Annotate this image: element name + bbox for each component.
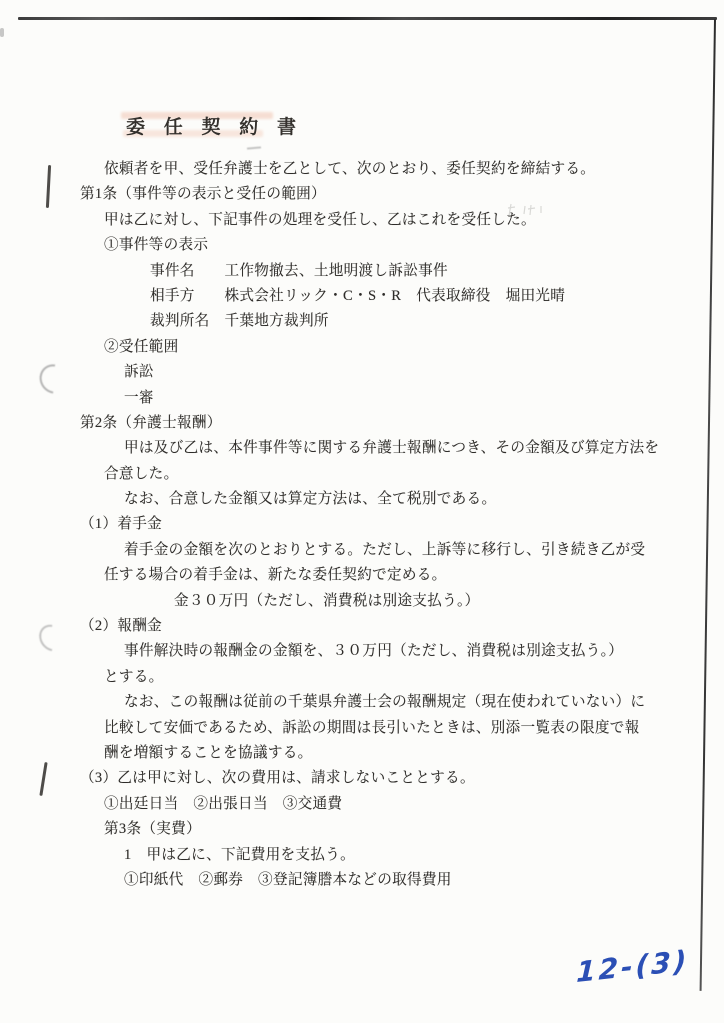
doc-line: なお、合意した金額又は算定方法は、全て税別である。 bbox=[0, 487, 724, 512]
doc-line-article-3: 第3条（実費） bbox=[0, 817, 724, 842]
doc-line: 合意した。 bbox=[0, 462, 724, 487]
scan-corner-mark bbox=[0, 28, 4, 37]
doc-line: 比較して安価であるため、訴訟の期間は長引いたときは、別添一覧表の限度で報 bbox=[0, 716, 724, 741]
doc-line-case-name: 事件名 工作物撤去、土地明渡し訴訟事件 bbox=[0, 259, 724, 284]
doc-line: 酬を増額することを協議する。 bbox=[0, 741, 724, 766]
doc-line: 任する場合の着手金は、新たな委任契約で定める。 bbox=[0, 563, 724, 588]
doc-line: 甲は及び乙は、本件事件等に関する弁護士報酬につき、その金額及び算定方法を bbox=[0, 436, 724, 461]
scanned-document-page: 委 任 契 約 書 依頼者を甲、受任弁護士を乙として、次のとおり、委任契約を締結… bbox=[0, 0, 724, 1023]
doc-line: ①事件等の表示 bbox=[0, 233, 724, 258]
doc-line: 訴訟 bbox=[0, 360, 724, 385]
pencil-dash-mark bbox=[247, 146, 261, 149]
doc-line-item-3: （3）乙は甲に対し、次の費用は、請求しないこととする。 bbox=[0, 766, 724, 791]
doc-line-fee-amount: 金３０万円（ただし、消費税は別途支払う。） bbox=[0, 589, 724, 614]
doc-line-item-2: （2）報酬金 bbox=[0, 614, 724, 639]
doc-line-opponent: 相手方 株式会社リック・C・S・R 代表取締役 堀田光晴 bbox=[0, 284, 724, 309]
doc-line: ①出廷日当 ②出張日当 ③交通費 bbox=[0, 792, 724, 817]
document-body: 依頼者を甲、受任弁護士を乙として、次のとおり、委任契約を締結する。 第1条（事件… bbox=[0, 157, 724, 893]
doc-line: 着手金の金額を次のとおりとする。ただし、上訴等に移行し、引き続き乙が受 bbox=[0, 538, 724, 563]
doc-line: 事件解決時の報酬金の金額を、３０万円（ただし、消費税は別途支払う。） bbox=[0, 639, 724, 664]
doc-line: なお、この報酬は従前の千葉県弁護士会の報酬規定（現在使われていない）に bbox=[0, 690, 724, 715]
doc-line-court: 裁判所名 千葉地方裁判所 bbox=[0, 309, 724, 334]
doc-line: とする。 bbox=[0, 665, 724, 690]
doc-line-item-1: （1）着手金 bbox=[0, 512, 724, 537]
document-title: 委 任 契 約 書 bbox=[126, 112, 303, 139]
doc-line: 甲は乙に対し、下記事件の処理を受任し、乙はこれを受任した。 bbox=[0, 208, 724, 233]
doc-line-article-1: 第1条（事件等の表示と受任の範囲） bbox=[0, 182, 724, 207]
doc-line: 依頼者を甲、受任弁護士を乙として、次のとおり、委任契約を締結する。 bbox=[0, 157, 724, 182]
doc-line-article-2: 第2条（弁護士報酬） bbox=[0, 411, 724, 436]
doc-line: ①印紙代 ②郵券 ③登記簿謄本などの取得費用 bbox=[0, 868, 724, 893]
doc-line: ②受任範囲 bbox=[0, 335, 724, 360]
handwritten-page-number: 12-(3) bbox=[576, 944, 690, 989]
scan-edge-top-line bbox=[18, 17, 717, 20]
doc-line: 1 甲は乙に、下記費用を支払う。 bbox=[0, 843, 724, 868]
doc-line: 一審 bbox=[0, 386, 724, 411]
